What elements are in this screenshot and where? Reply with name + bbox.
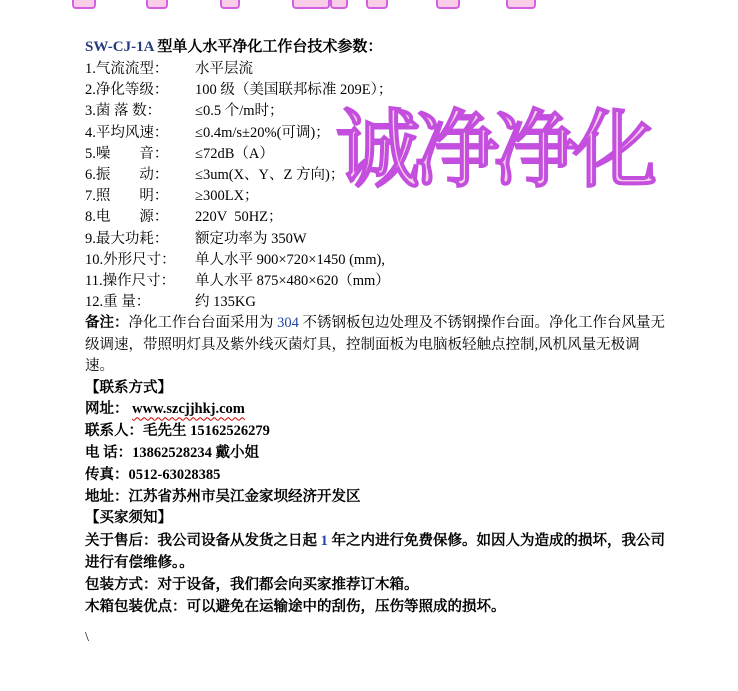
watermark-fragment [330, 0, 348, 9]
buyer-section-header: 【买家须知】 [85, 508, 667, 530]
spec-label: 5.噪 音： [85, 144, 195, 165]
spec-row: 4.平均风速：≤0.4m/s±20%(可调)； [85, 123, 667, 144]
watermark-fragment [146, 0, 168, 9]
model-number: SW-CJ-1A [85, 39, 154, 55]
address-label: 地址： [85, 489, 129, 505]
fax-label: 传真： [85, 467, 129, 483]
packing-advantage-value: 可以避免在运输途中的刮伤，压伤等照成的损坏。 [187, 599, 506, 615]
remark-text-1: 净化工作台台面采用为 [129, 315, 278, 331]
phone-line: 电 话：13862528234 戴小姐 [85, 443, 667, 465]
spec-value: ≤3um(X、Y、Z 方向)； [195, 165, 344, 186]
spec-row: 11.操作尺寸：单人水平 875×480×620（mm） [85, 271, 667, 292]
spec-value: ≤0.5 个/m时； [195, 101, 284, 122]
spec-row: 6.振 动：≤3um(X、Y、Z 方向)； [85, 165, 667, 186]
spec-value: 220V 50HZ； [195, 207, 283, 228]
remark-paragraph: 备注：净化工作台台面采用为 304 不锈钢板包边处理及不锈钢操作台面。净化工作台… [85, 313, 667, 378]
steel-grade-number: 304 [277, 315, 299, 331]
spec-label: 8.电 源： [85, 207, 195, 228]
spec-label: 11.操作尺寸： [85, 271, 195, 292]
document-body: SW-CJ-1A 型单人水平净化工作台技术参数： 1.气流流型：水平层流 2.净… [85, 36, 667, 649]
spec-label: 6.振 动： [85, 165, 195, 186]
stray-backslash: \ [85, 627, 667, 649]
warranty-years-number: 1 [321, 533, 328, 549]
spec-label: 12.重 量： [85, 292, 195, 313]
spec-value: 单人水平 875×480×620（mm） [195, 271, 390, 292]
website-url: www.szcjjhkj.com [132, 401, 245, 417]
spec-row: 8.电 源：220V 50HZ； [85, 207, 667, 228]
fax-line: 传真：0512-63028385 [85, 465, 667, 487]
spec-value: ≥300LX； [195, 186, 259, 207]
top-watermark-fragments [0, 0, 738, 12]
spec-row: 7.照 明：≥300LX； [85, 186, 667, 207]
spec-label: 1.气流流型： [85, 59, 195, 80]
spec-label: 3.菌 落 数： [85, 101, 195, 122]
spec-value: ≤0.4m/s±20%(可调)； [195, 123, 330, 144]
spec-value: 100 级（美国联邦标准 209E）； [195, 80, 392, 101]
website-label: 网址： [85, 401, 132, 417]
aftersale-text-1: 我公司设备从发货之日起 [158, 533, 321, 549]
contact-person-label: 联系人： [85, 423, 143, 439]
spec-row: 3.菌 落 数：≤0.5 个/m时； [85, 101, 667, 122]
fax-value: 0512-63028385 [129, 467, 221, 483]
spec-label: 9.最大功耗： [85, 229, 195, 250]
spec-row: 10.外形尺寸：单人水平 900×720×1450 (mm), [85, 250, 667, 271]
spec-value: ≤72dB（A） [195, 144, 274, 165]
packing-label: 包装方式： [85, 577, 158, 593]
remark-label: 备注： [85, 315, 129, 331]
address-line: 地址：江苏省苏州市吴江金家坝经济开发区 [85, 487, 667, 509]
packing-advantage-line: 木箱包装优点：可以避免在运输途中的刮伤，压伤等照成的损坏。 [85, 597, 667, 619]
spec-row: 1.气流流型：水平层流 [85, 59, 667, 80]
packing-line: 包装方式：对于设备，我们都会向买家推荐订木箱。 [85, 575, 667, 597]
spec-row: 9.最大功耗：额定功率为 350W [85, 229, 667, 250]
spec-label: 7.照 明： [85, 186, 195, 207]
aftersale-label: 关于售后： [85, 533, 158, 549]
website-line: 网址： www.szcjjhkj.com [85, 399, 667, 421]
spec-label: 10.外形尺寸： [85, 250, 195, 271]
spec-value: 额定功率为 350W [195, 229, 307, 250]
contact-person-value: 毛先生 15162526279 [143, 423, 270, 439]
watermark-fragment [366, 0, 388, 9]
address-value: 江苏省苏州市吴江金家坝经济开发区 [129, 489, 361, 505]
watermark-fragment [506, 0, 536, 9]
watermark-fragment [436, 0, 460, 9]
spec-row: 5.噪 音：≤72dB（A） [85, 144, 667, 165]
watermark-fragment [292, 0, 330, 9]
spec-value: 水平层流 [195, 59, 253, 80]
phone-label: 电 话： [85, 445, 132, 461]
aftersale-paragraph: 关于售后：我公司设备从发货之日起 1 年之内进行免费保修。如因人为造成的损坏，我… [85, 530, 667, 575]
contact-section-header: 【联系方式】 [85, 378, 667, 400]
spec-row: 12.重 量：约 135KG [85, 292, 667, 313]
watermark-fragment [72, 0, 96, 9]
watermark-fragment [220, 0, 240, 9]
spec-value: 单人水平 900×720×1450 (mm), [195, 250, 385, 271]
spec-value: 约 135KG [195, 292, 256, 313]
document-title: SW-CJ-1A 型单人水平净化工作台技术参数： [85, 36, 667, 59]
spec-row: 2.净化等级：100 级（美国联邦标准 209E）； [85, 80, 667, 101]
packing-value: 对于设备，我们都会向买家推荐订木箱。 [158, 577, 419, 593]
phone-value: 13862528234 戴小姐 [132, 445, 259, 461]
title-text: 型单人水平净化工作台技术参数： [154, 39, 383, 55]
packing-advantage-label: 木箱包装优点： [85, 599, 187, 615]
contact-person-line: 联系人：毛先生 15162526279 [85, 421, 667, 443]
spec-label: 4.平均风速： [85, 123, 195, 144]
spec-label: 2.净化等级： [85, 80, 195, 101]
